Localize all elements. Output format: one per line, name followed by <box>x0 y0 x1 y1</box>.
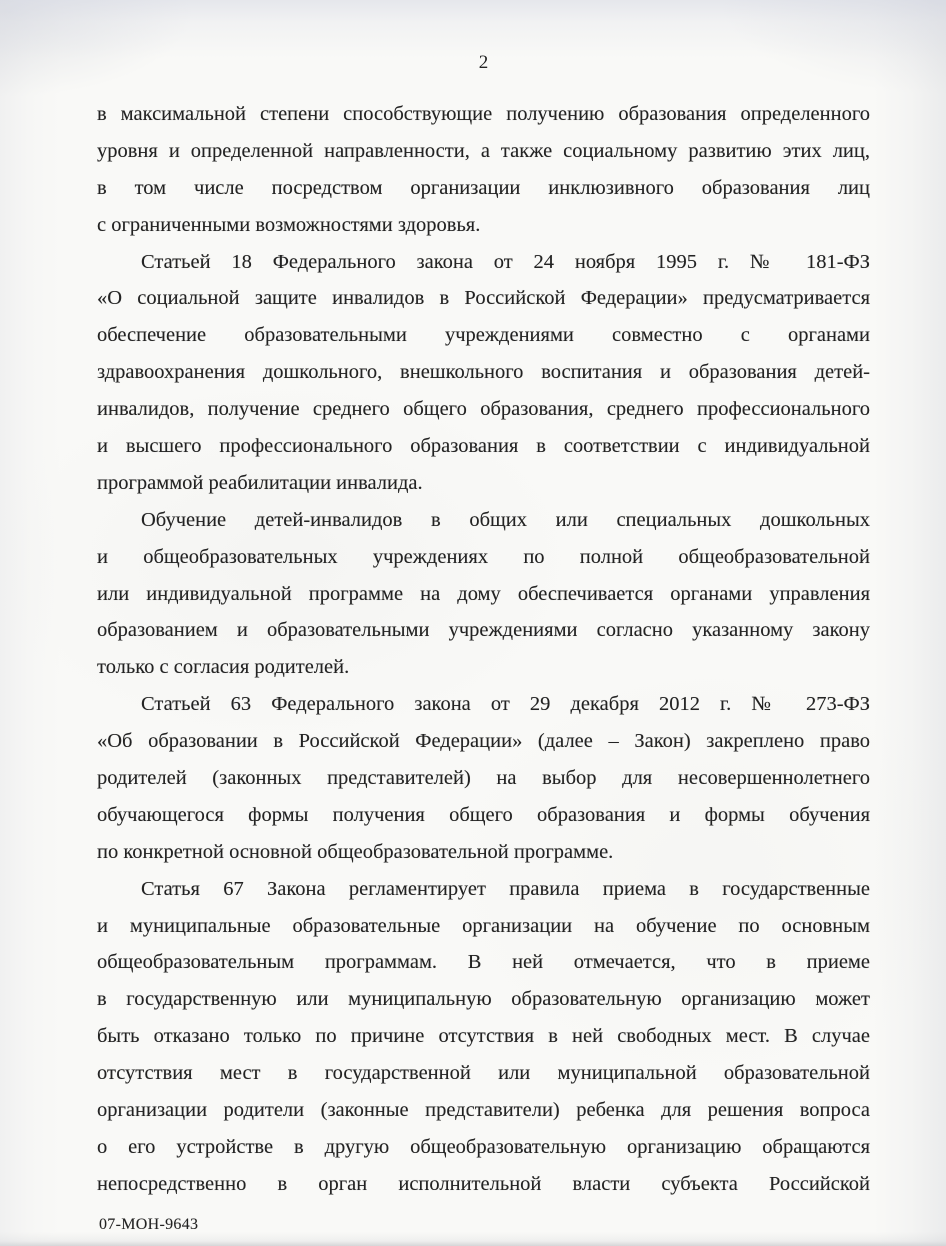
text-line: Обучение детей-инвалидов в общих или спе… <box>97 502 870 539</box>
paragraph: Статьей 63 Федерального закона от 29 дек… <box>97 686 870 870</box>
text-line: в максимальной степени способствующие по… <box>97 96 870 133</box>
text-line: или индивидуальной программе на дому обе… <box>97 576 870 613</box>
text-line: общеобразовательным программам. В ней от… <box>97 944 870 981</box>
text-line: о его устройстве в другую общеобразовате… <box>97 1129 870 1166</box>
paragraph: в максимальной степени способствующие по… <box>97 96 870 244</box>
text-line: Статья 67 Закона регламентирует правила … <box>97 871 870 908</box>
text-line: отсутствия мест в государственной или му… <box>97 1055 870 1092</box>
paragraph: Обучение детей-инвалидов в общих или спе… <box>97 502 870 686</box>
text-line: непосредственно в орган исполнительной в… <box>97 1166 870 1203</box>
text-line: по конкретной основной общеобразовательн… <box>97 834 870 871</box>
paragraph: Статьей 18 Федерального закона от 24 ноя… <box>97 244 870 502</box>
text-line: Статьей 63 Федерального закона от 29 дек… <box>97 686 870 723</box>
text-line: в том числе посредством организации инкл… <box>97 170 870 207</box>
text-line: с ограниченными возможностями здоровья. <box>97 207 870 244</box>
text-line: в государственную или муниципальную обра… <box>97 981 870 1018</box>
document-body: в максимальной степени способствующие по… <box>97 96 870 1203</box>
text-line: быть отказано только по причине отсутств… <box>97 1018 870 1055</box>
text-line: и высшего профессионального образования … <box>97 428 870 465</box>
text-line: «Об образовании в Российской Федерации» … <box>97 723 870 760</box>
text-line: и муниципальные образовательные организа… <box>97 908 870 945</box>
text-line: образованием и образовательными учрежден… <box>97 612 870 649</box>
text-line: организации родители (законные представи… <box>97 1092 870 1129</box>
text-line: только с согласия родителей. <box>97 649 870 686</box>
text-line: обеспечение образовательными учреждениям… <box>97 317 870 354</box>
text-line: родителей (законных представителей) на в… <box>97 760 870 797</box>
text-line: уровня и определенной направленности, а … <box>97 133 870 170</box>
footer-code: 07-МОН-9643 <box>99 1215 198 1235</box>
text-line: обучающегося формы получения общего обра… <box>97 797 870 834</box>
text-line: программой реабилитации инвалида. <box>97 465 870 502</box>
paragraph: Статья 67 Закона регламентирует правила … <box>97 871 870 1203</box>
text-line: «О социальной защите инвалидов в Российс… <box>97 280 870 317</box>
text-line: и общеобразовательных учреждениях по пол… <box>97 539 870 576</box>
page-number: 2 <box>97 52 870 74</box>
text-line: инвалидов, получение среднего общего обр… <box>97 391 870 428</box>
text-line: здравоохранения дошкольного, внешкольног… <box>97 354 870 391</box>
document-page: 2 в максимальной степени способствующие … <box>0 0 946 1246</box>
text-line: Статьей 18 Федерального закона от 24 ноя… <box>97 244 870 281</box>
